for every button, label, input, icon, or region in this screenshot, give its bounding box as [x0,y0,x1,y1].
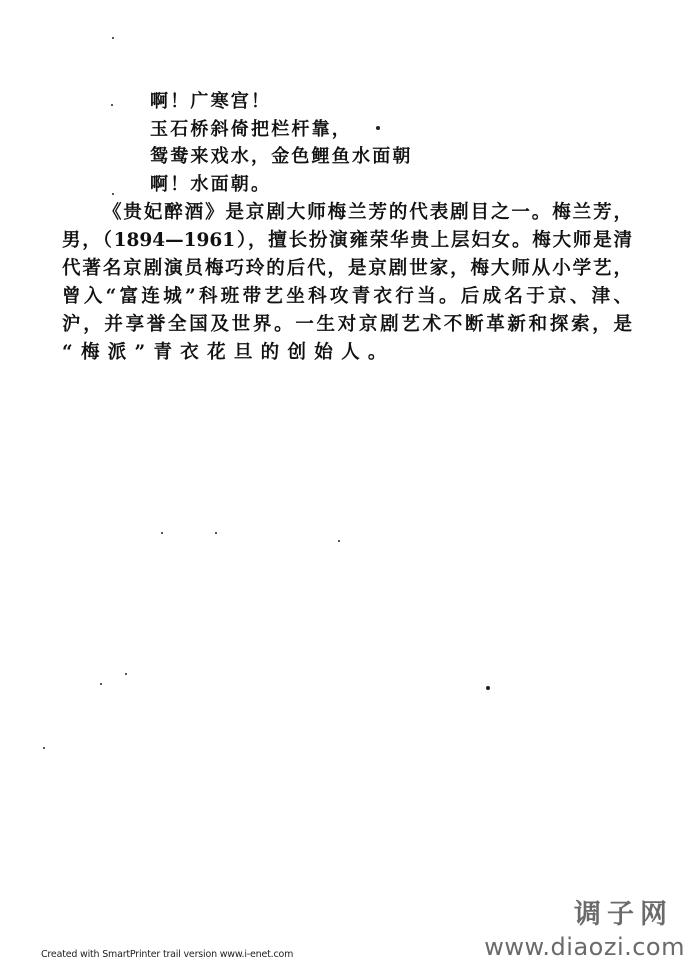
scan-speck [112,193,114,195]
scan-speck [111,104,113,106]
document-page: 啊！广寒宫！ 玉石桥斜倚把栏杆靠， 鸳鸯来戏水，金色鲤鱼水面朝 啊！水面朝。 《… [0,0,690,975]
lyrics-verse: 啊！广寒宫！ 玉石桥斜倚把栏杆靠， 鸳鸯来戏水，金色鲤鱼水面朝 啊！水面朝。 [150,88,413,198]
description-paragraph: 《贵妃醉酒》是京剧大师梅兰芳的代表剧目之一。梅兰芳， 男，（1894—1961）… [62,199,632,367]
verse-line: 玉石桥斜倚把栏杆靠， [150,116,413,144]
watermark-site-name: 调子网 [475,898,685,932]
scan-speck [112,37,114,39]
scan-speck [376,126,380,130]
verse-line: 啊！水面朝。 [150,171,413,199]
paragraph-line: 《贵妃醉酒》是京剧大师梅兰芳的代表剧目之一。梅兰芳， [62,199,632,227]
scan-speck [338,540,340,542]
watermark-site-url: www.diaozi.com [475,932,685,962]
scan-speck [43,747,45,749]
paragraph-line: “梅派”青衣花旦的创始人。 [62,339,632,367]
scan-speck [125,673,127,675]
paragraph-line: 曾入“富连城”科班带艺坐科攻青衣行当。后成名于京、津、 [62,283,632,311]
verse-line: 啊！广寒宫！ [150,88,413,116]
paragraph-line: 男，（1894—1961），擅长扮演雍荣华贵上层妇女。梅大师是清 [62,227,632,255]
paragraph-line: 代著名京剧演员梅巧玲的后代，是京剧世家，梅大师从小学艺， [62,255,632,283]
paragraph-line: 沪，并享誉全国及世界。一生对京剧艺术不断革新和探索，是 [62,311,632,339]
footer-created-with: Created with SmartPrinter trail version … [41,949,293,960]
verse-line: 鸳鸯来戏水，金色鲤鱼水面朝 [150,143,413,171]
scan-speck [161,532,163,534]
scan-speck [215,532,217,534]
scan-speck [100,683,102,685]
scan-speck [486,686,490,690]
site-watermark: 调子网 www.diaozi.com [475,898,685,962]
